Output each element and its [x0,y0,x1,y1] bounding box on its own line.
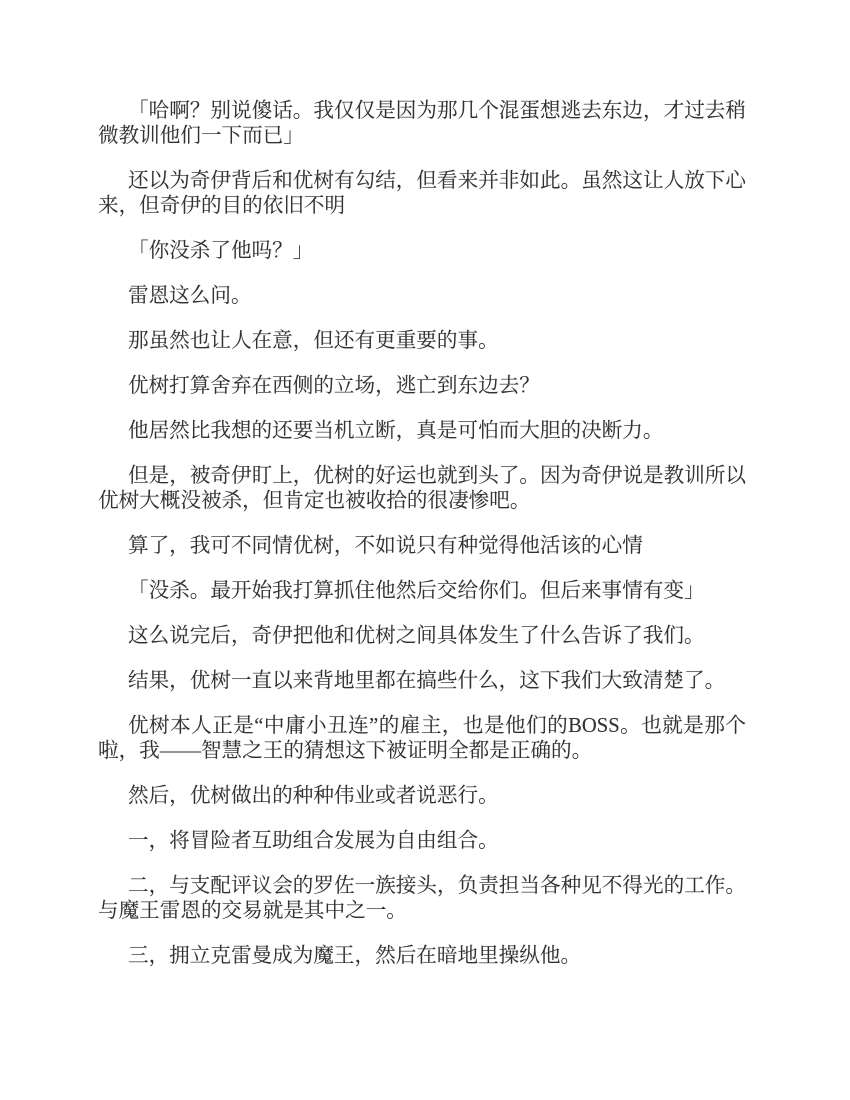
paragraph-15: 一，将冒险者互助组合发展为自由组合。 [98,829,746,854]
paragraph-3: 「你没杀了他吗？」 [98,239,746,264]
paragraph-10: 「没杀。最开始我打算抓住他然后交给你们。但后来事情有变」 [98,579,746,604]
paragraph-9: 算了，我可不同情优树，不如说只有种觉得他活该的心情 [98,534,746,559]
paragraph-17: 三，拥立克雷曼成为魔王，然后在暗地里操纵他。 [98,944,746,969]
paragraph-5: 那虽然也让人在意，但还有更重要的事。 [98,329,746,354]
paragraph-2: 还以为奇伊背后和优树有勾结，但看来并非如此。虽然这让人放下心来，但奇伊的目的依旧… [98,169,746,219]
paragraph-12: 结果，优树一直以来背地里都在搞些什么，这下我们大致清楚了。 [98,669,746,694]
paragraph-16: 二，与支配评议会的罗佐一族接头，负责担当各种见不得光的工作。与魔王雷恩的交易就是… [98,874,746,924]
paragraph-7: 他居然比我想的还要当机立断，真是可怕而大胆的决断力。 [98,419,746,444]
paragraph-1: 「哈啊？别说傻话。我仅仅是因为那几个混蛋想逃去东边，才过去稍微教训他们一下而已」 [98,99,746,149]
paragraph-4: 雷恩这么问。 [98,284,746,309]
paragraph-13: 优树本人正是“中庸小丑连”的雇主，也是他们的BOSS。也就是那个啦，我——智慧之… [98,714,746,764]
novel-text-page: 「哈啊？别说傻话。我仅仅是因为那几个混蛋想逃去东边，才过去稍微教训他们一下而已」… [98,99,746,989]
paragraph-14: 然后，优树做出的种种伟业或者说恶行。 [98,784,746,809]
paragraph-8: 但是，被奇伊盯上，优树的好运也就到头了。因为奇伊说是教训所以优树大概没被杀，但肯… [98,464,746,514]
paragraph-11: 这么说完后，奇伊把他和优树之间具体发生了什么告诉了我们。 [98,624,746,649]
paragraph-6: 优树打算舍弃在西侧的立场，逃亡到东边去？ [98,374,746,399]
